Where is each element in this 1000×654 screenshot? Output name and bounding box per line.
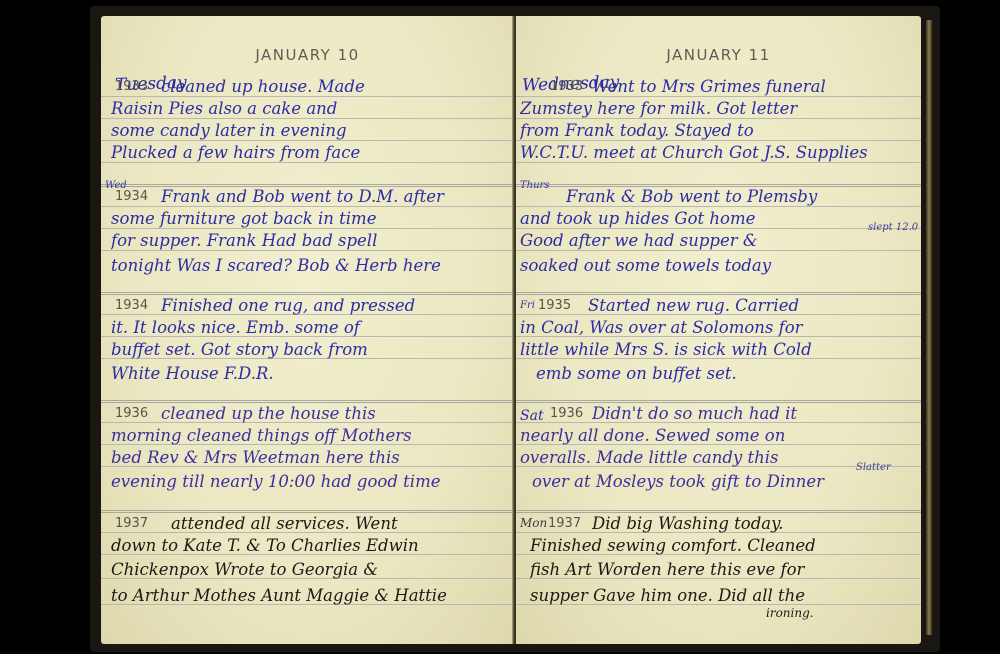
- entry-line: Zumstey here for milk. Got letter: [520, 99, 915, 119]
- entry-line: Went to Mrs Grimes funeral: [592, 77, 915, 97]
- left-page: JANUARY 10 Tuesday 1933 cleaned up house…: [101, 16, 514, 644]
- entry-year: 1933: [115, 79, 148, 94]
- entry-line: from Frank today. Stayed to: [520, 121, 915, 141]
- entry-line: emb some on buffet set.: [536, 364, 915, 384]
- entry-line: Frank & Bob went to Plemsby: [566, 187, 915, 207]
- entry-line: supper Gave him one. Did all the: [530, 586, 915, 606]
- entry-line: down to Kate T. & To Charlies Edwin: [111, 536, 508, 556]
- section-divider: [101, 400, 514, 403]
- entry-line: it. It looks nice. Emb. some of: [111, 318, 508, 338]
- section-divider: [516, 510, 921, 513]
- section-divider: [516, 292, 921, 295]
- entry-line: Chickenpox Wrote to Georgia &: [111, 560, 508, 580]
- margin-note: Mon: [520, 516, 547, 530]
- entry-year: 1934: [115, 298, 148, 313]
- entry-line: fish Art Worden here this eve for: [530, 560, 915, 580]
- page-date-header: JANUARY 11: [516, 46, 921, 64]
- entry-line: Frank and Bob went to D.M. after: [161, 187, 508, 207]
- margin-note: Fri: [520, 300, 535, 311]
- margin-note: Thurs: [520, 180, 549, 191]
- entry-line: Didn't do so much had it: [592, 404, 915, 424]
- entry-line: Plucked a few hairs from face: [111, 143, 508, 163]
- entry-line: to Arthur Mothes Aunt Maggie & Hattie: [111, 586, 508, 606]
- entry-line: attended all services. Went: [171, 514, 508, 534]
- entry-line: nearly all done. Sewed some on: [520, 426, 915, 446]
- entry-line: cleaned up the house this: [161, 404, 508, 424]
- right-page: JANUARY 11 Wednesday 1933 Went to Mrs Gr…: [516, 16, 921, 644]
- entry-line: tonight Was I scared? Bob & Herb here: [111, 256, 508, 276]
- entry-line: evening till nearly 10:00 had good time: [111, 472, 508, 492]
- entry-line: Finished sewing comfort. Cleaned: [530, 536, 915, 556]
- entry-line: soaked out some towels today: [520, 256, 915, 276]
- entry-line: White House F.D.R.: [111, 364, 508, 384]
- entry-line: some furniture got back in time: [111, 209, 508, 229]
- entry-year: 1936: [550, 406, 583, 421]
- side-note: ironing.: [766, 606, 814, 620]
- entry-line: cleaned up house. Made: [161, 77, 508, 97]
- entry-year: 1937: [548, 516, 581, 531]
- entry-year: 1936: [115, 406, 148, 421]
- entry-line: Raisin Pies also a cake and: [111, 99, 508, 119]
- entry-line: buffet set. Got story back from: [111, 340, 508, 360]
- entry-line: and took up hides Got home: [520, 209, 915, 229]
- entry-line: for supper. Frank Had bad spell: [111, 231, 508, 251]
- entry-year: 1935: [538, 298, 571, 313]
- entry-line: little while Mrs S. is sick with Cold: [520, 340, 915, 360]
- entry-line: over at Mosleys took gift to Dinner: [532, 472, 915, 492]
- entry-line: Good after we had supper &: [520, 231, 915, 251]
- section-divider: [516, 400, 921, 403]
- entry-line: in Coal, Was over at Solomons for: [520, 318, 915, 338]
- entry-line: Finished one rug, and pressed: [161, 296, 508, 316]
- side-note: slept 12.0: [868, 222, 918, 233]
- section-divider: [101, 510, 514, 513]
- entry-line: Did big Washing today.: [592, 514, 915, 534]
- entry-year: 1937: [115, 516, 148, 531]
- diary-cover-edge: [926, 20, 932, 635]
- entry-line: bed Rev & Mrs Weetman here this: [111, 448, 508, 468]
- margin-note: Sat: [520, 408, 544, 424]
- page-date-header: JANUARY 10: [101, 46, 514, 64]
- entry-year: 1934: [115, 189, 148, 204]
- entry-line: some candy later in evening: [111, 121, 508, 141]
- entry-year: 1933: [550, 79, 583, 94]
- side-note: Slatter: [856, 462, 891, 473]
- entry-line: Started new rug. Carried: [588, 296, 915, 316]
- section-divider: [101, 292, 514, 295]
- entry-line: morning cleaned things off Mothers: [111, 426, 508, 446]
- entry-line: W.C.T.U. meet at Church Got J.S. Supplie…: [520, 143, 915, 163]
